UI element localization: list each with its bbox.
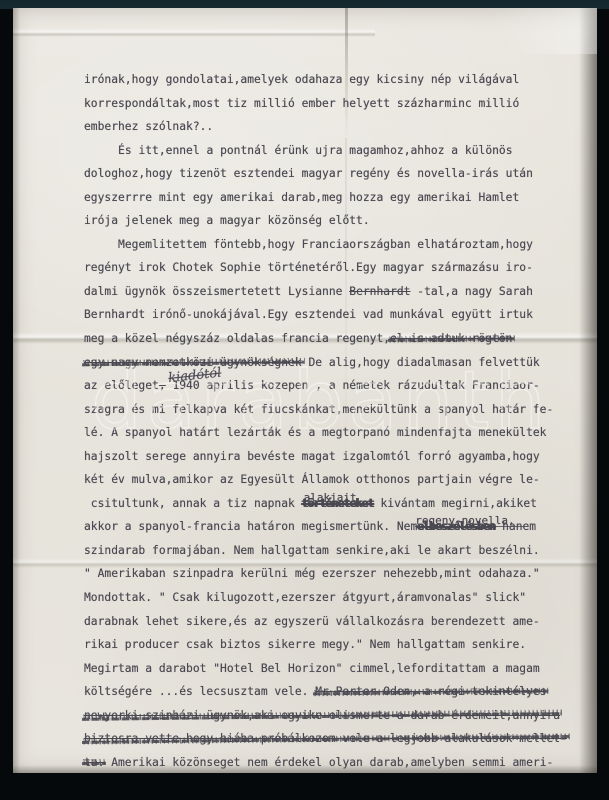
text-segment: De alig,hogy diadalmasan felvettük <box>302 356 540 369</box>
text-line: hajszolt serege annyira bevéste magat iz… <box>84 445 579 469</box>
text-line: egyszerrre mint egy amerikai darab,meg h… <box>84 186 579 210</box>
obliterated-word: történeteket <box>302 497 374 510</box>
text-line: irónak,hogy gondolatai,amelyek odahaza e… <box>84 68 579 92</box>
text-segment: irója jelenek meg a magyar közönség előt… <box>84 214 370 227</box>
text-line: És itt,ennel a pontnál érünk ujra magamh… <box>84 139 579 163</box>
text-line: költségére ...és lecsusztam vele. Mr Por… <box>84 680 579 704</box>
text-segment: irónak,hogy gondolatai,amelyek odahaza e… <box>84 73 519 86</box>
text-line: szagra és mi felkapva két fiucskánkat,me… <box>84 398 579 422</box>
text-segment: kivántam megirni,akiket <box>374 497 537 510</box>
text-segment: dalmi ügynök összeismertetett Lysianne <box>84 285 349 298</box>
fold-crease-top <box>13 28 375 37</box>
text-line: akkor a spanyol-francia határon megismer… <box>84 515 579 539</box>
text-line: az előleget,kiadótól 1940 aprilis kozepe… <box>84 374 579 398</box>
text-line: egy nagy nemzetközi ügynökségnek De alig… <box>84 351 579 375</box>
paper-edge-left-shadow <box>13 8 20 773</box>
text-line: két év mulva,amikor az Egyesült Államok … <box>84 468 579 492</box>
text-segment: egyszerrre mint egy amerikai darab,meg h… <box>84 191 519 204</box>
obliterated-word: elbeszélésben <box>417 520 495 533</box>
text-segment: rikai producer csak biztos sikerre megy.… <box>84 638 526 651</box>
text-segment: lé. A spanyol határt lezárták és a megto… <box>84 426 547 439</box>
text-segment: darabnak lehet sikere,és az egyszerü vál… <box>84 615 540 628</box>
text-segment: az előleget <box>84 379 159 392</box>
struck-word: , <box>159 379 166 392</box>
text-segment: És itt,ennel a pontnál érünk ujra magamh… <box>118 144 512 157</box>
text-segment: -tal,a nagy Sarah <box>410 285 532 298</box>
text-line: Mondottak. " Csak kilugozott,ezerszer át… <box>84 586 579 610</box>
scribbled-out-text: egy nagy nemzetközi ügynökségnek <box>84 356 302 369</box>
text-segment: dologhoz,hogy tizenöt esztendei magyar r… <box>84 167 533 180</box>
struck-word: Bernhardt <box>349 285 410 298</box>
text-line: emberhez szólnak?.. <box>84 115 579 139</box>
text-line: meg a közel négyszáz oldalas francia reg… <box>84 327 579 351</box>
text-segment: korrespondáltak,most tiz millió ember he… <box>84 97 519 110</box>
text-line: Megemlitettem föntebb,hogy Franciaország… <box>84 233 579 257</box>
text-line: darabnak lehet sikere,és az egyszerü vál… <box>84 610 579 634</box>
scribbled-out-text: newyorki szinházi ügynök,aki egyike elis… <box>84 709 560 722</box>
text-segment: hajszolt serege annyira bevéste magat iz… <box>84 450 540 463</box>
paper-edge-right-shadow <box>579 8 597 773</box>
text-line: ta. Amerikai közönseget nem érdekel olya… <box>84 751 579 775</box>
scan-frame: irónak,hogy gondolatai,amelyek odahaza e… <box>0 0 609 800</box>
text-line: biztosra vette,hogy hiába próbálkozom ve… <box>84 727 579 751</box>
scribbled-out-text: biztosra vette,hogy hiába próbálkozom ve… <box>84 732 567 745</box>
text-segment: Megirtam a darabot "Hotel Bel Horizon" c… <box>84 662 540 675</box>
text-line: korrespondáltak,most tiz millió ember he… <box>84 92 579 116</box>
text-line: newyorki szinházi ügynök,aki egyike elis… <box>84 704 579 728</box>
text-segment: csitultunk, annak a tiz napnak <box>84 497 302 510</box>
text-line: dologhoz,hogy tizenöt esztendei magyar r… <box>84 162 579 186</box>
text-segment: két év mulva,amikor az Egyesült Államok … <box>84 473 540 486</box>
text-line: " Amerikaban szinpadra kerülni még ezers… <box>84 562 579 586</box>
text-segment: akkor a spanyol-francia határon megismer… <box>84 520 417 533</box>
text-line: irója jelenek meg a magyar közönség előt… <box>84 209 579 233</box>
manuscript-page: irónak,hogy gondolatai,amelyek odahaza e… <box>13 8 597 773</box>
text-segment: Megemlitettem föntebb,hogy Franciaország… <box>118 238 533 251</box>
text-segment: költségére ...és lecsusztam vele. <box>84 685 315 698</box>
text-line: lé. A spanyol határt lezárták és a megto… <box>84 421 579 445</box>
text-segment: " Amerikaban szinpadra kerülni még ezers… <box>84 567 540 580</box>
text-line: rikai producer csak biztos sikerre megy.… <box>84 633 579 657</box>
text-segment: emberhez szólnak?.. <box>84 120 213 133</box>
text-segment: regényt irok Chotek Sophie történetéről.… <box>84 261 533 274</box>
text-segment: Amerikai közönseget nem érdekel olyan da… <box>104 756 553 769</box>
text-segment: Bernhardt irónő-unokájával.Egy esztendei… <box>84 308 533 321</box>
text-line: Bernhardt irónő-unokájával.Egy esztendei… <box>84 303 579 327</box>
text-line: regényt irok Chotek Sophie történetéről.… <box>84 256 579 280</box>
text-segment: 1940 aprilis kozepen , a németek rázudul… <box>166 379 540 392</box>
scribbled-out-text: el is adtuk rögtön <box>390 332 512 345</box>
text-segment: szagra és mi felkapva két fiucskánkat,me… <box>84 403 553 416</box>
text-line: szindarab formajában. Nem hallgattam sen… <box>84 539 579 563</box>
scribbled-out-text: ta. <box>84 756 104 769</box>
scribbled-out-text: Mr Porter Oden, a régi tekintélyes <box>315 685 546 698</box>
text-line: dalmi ügynök összeismertetett Lysianne B… <box>84 280 579 304</box>
text-line: csitultunk, annak a tiz napnak alakjaitt… <box>84 492 579 516</box>
text-segment: Mondottak. " Csak kilugozott,ezerszer át… <box>84 591 526 604</box>
typewritten-text: irónak,hogy gondolatai,amelyek odahaza e… <box>84 68 579 774</box>
text-line: Megirtam a darabot "Hotel Bel Horizon" c… <box>84 657 579 681</box>
text-segment: szindarab formajában. Nem hallgattam sen… <box>84 544 540 557</box>
text-segment: meg a közel négyszáz oldalas francia reg… <box>84 332 390 345</box>
